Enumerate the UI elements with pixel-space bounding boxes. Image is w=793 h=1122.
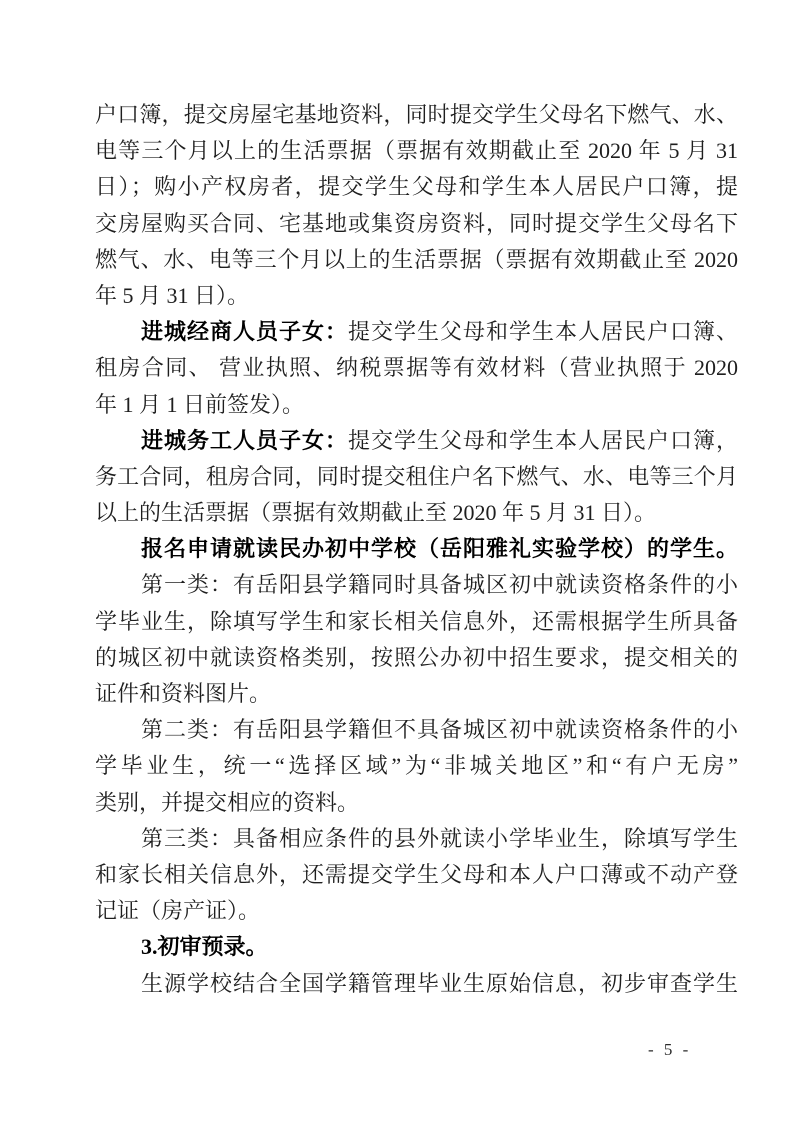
text-line: 记证（房产证）。 [95, 893, 738, 929]
body-text: 第一类：有岳阳县学籍同时具备城区初中就读资格条件的小 [141, 572, 738, 597]
text-line: 年 1 月 1 日前签发）。 [95, 387, 738, 423]
bold-text: 3.初审预录。 [141, 934, 268, 959]
text-line: 类别，并提交相应的资料。 [95, 785, 738, 821]
body-text: 年 1 月 1 日前签发）。 [95, 392, 304, 417]
text-line: 年 5 月 31 日）。 [95, 278, 738, 314]
document-page: 户口簿，提交房屋宅基地资料，同时提交学生父母名下燃气、水、电等三个月以上的生活票… [0, 0, 793, 1122]
body-text: 证件和资料图片。 [95, 681, 271, 706]
text-line: 的城区初中就读资格类别，按照公办初中招生要求，提交相关的 [95, 640, 738, 676]
text-line: 户口簿，提交房屋宅基地资料，同时提交学生父母名下燃气、水、 [95, 97, 738, 133]
body-text: 以上的生活票据（票据有效期截止至 2020 年 5 月 31 日）。 [95, 500, 656, 525]
text-line: 交房屋购买合同、宅基地或集资房资料，同时提交学生父母名下 [95, 206, 738, 242]
body-text: 提交学生父母和学生本人居民户口簿， [348, 428, 738, 453]
body-text: 日）；购小产权房者，提交学生父母和学生本人居民户口簿，提 [95, 174, 738, 199]
paragraph-p7: 第三类：具备相应条件的县外就读小学毕业生，除填写学生和家长相关信息外，还需提交学… [95, 821, 738, 930]
text-line: 以上的生活票据（票据有效期截止至 2020 年 5 月 31 日）。 [95, 495, 738, 531]
body-text: 记证（房产证）。 [95, 898, 260, 923]
page-number: - 5 - [648, 1040, 691, 1060]
body-text: 学毕业生，除填写学生和家长相关信息外，还需根据学生所具备 [95, 609, 738, 634]
bold-text: 进城经商人员子女： [141, 319, 348, 344]
text-line: 租房合同、 营业执照、纳税票据等有效材料（营业执照于 2020 [95, 350, 738, 386]
body-text: 学毕业生，统一“选择区域”为“非城关地区”和“有户无房” [95, 753, 738, 778]
body-text: 电等三个月以上的生活票据（票据有效期截止至 2020 年 5 月 31 [95, 138, 738, 163]
body-text: 和家长相关信息外，还需提交学生父母和本人户口薄或不动产登 [95, 862, 738, 887]
body-text: 交房屋购买合同、宅基地或集资房资料，同时提交学生父母名下 [95, 211, 738, 236]
body-text: 燃气、水、电等三个月以上的生活票据（票据有效期截止至 2020 [95, 247, 738, 272]
body-text: 类别，并提交相应的资料。 [95, 790, 359, 815]
paragraph-p8: 3.初审预录。 [95, 929, 738, 965]
body-text: 第二类：有岳阳县学籍但不具备城区初中就读资格条件的小 [141, 717, 738, 742]
text-line: 和家长相关信息外，还需提交学生父母和本人户口薄或不动产登 [95, 857, 738, 893]
text-line: 第三类：具备相应条件的县外就读小学毕业生，除填写学生 [95, 821, 738, 857]
body-text: 生源学校结合全国学籍管理毕业生原始信息，初步审查学生 [141, 971, 738, 996]
text-line: 日）；购小产权房者，提交学生父母和学生本人居民户口簿，提 [95, 169, 738, 205]
paragraph-p9: 生源学校结合全国学籍管理毕业生原始信息，初步审查学生 [95, 966, 738, 1002]
text-line: 进城经商人员子女：提交学生父母和学生本人居民户口簿、 [95, 314, 738, 350]
body-text: 提交学生父母和学生本人居民户口簿、 [348, 319, 738, 344]
text-line: 3.初审预录。 [95, 929, 738, 965]
text-line: 第二类：有岳阳县学籍但不具备城区初中就读资格条件的小 [95, 712, 738, 748]
text-line: 燃气、水、电等三个月以上的生活票据（票据有效期截止至 2020 [95, 242, 738, 278]
paragraph-p5: 第一类：有岳阳县学籍同时具备城区初中就读资格条件的小学毕业生，除填写学生和家长相… [95, 567, 738, 712]
text-line: 证件和资料图片。 [95, 676, 738, 712]
text-line: 务工合同，租房合同，同时提交租住户名下燃气、水、电等三个月 [95, 459, 738, 495]
paragraph-p6: 第二类：有岳阳县学籍但不具备城区初中就读资格条件的小学毕业生，统一“选择区域”为… [95, 712, 738, 821]
bold-text: 进城务工人员子女： [141, 428, 348, 453]
paragraph-p4: 报名申请就读民办初中学校（岳阳雅礼实验学校）的学生。 [95, 531, 738, 567]
body-text: 户口簿，提交房屋宅基地资料，同时提交学生父母名下燃气、水、 [95, 102, 738, 127]
paragraph-p3: 进城务工人员子女：提交学生父母和学生本人居民户口簿，务工合同，租房合同，同时提交… [95, 423, 738, 532]
body-text: 租房合同、 营业执照、纳税票据等有效材料（营业执照于 2020 [95, 355, 738, 380]
paragraph-p2: 进城经商人员子女：提交学生父母和学生本人居民户口簿、租房合同、 营业执照、纳税票… [95, 314, 738, 423]
body-text: 年 5 月 31 日）。 [95, 283, 249, 308]
text-line: 生源学校结合全国学籍管理毕业生原始信息，初步审查学生 [95, 966, 738, 1002]
body-text: 的城区初中就读资格类别，按照公办初中招生要求，提交相关的 [95, 645, 738, 670]
text-line: 报名申请就读民办初中学校（岳阳雅礼实验学校）的学生。 [95, 531, 738, 567]
text-line: 学毕业生，除填写学生和家长相关信息外，还需根据学生所具备 [95, 604, 738, 640]
text-line: 第一类：有岳阳县学籍同时具备城区初中就读资格条件的小 [95, 567, 738, 603]
bold-text: 报名申请就读民办初中学校（岳阳雅礼实验学校）的学生。 [141, 536, 738, 561]
text-line: 学毕业生，统一“选择区域”为“非城关地区”和“有户无房” [95, 748, 738, 784]
body-text: 第三类：具备相应条件的县外就读小学毕业生，除填写学生 [141, 826, 738, 851]
text-line: 电等三个月以上的生活票据（票据有效期截止至 2020 年 5 月 31 [95, 133, 738, 169]
document-body: 户口簿，提交房屋宅基地资料，同时提交学生父母名下燃气、水、电等三个月以上的生活票… [95, 97, 738, 1002]
text-line: 进城务工人员子女：提交学生父母和学生本人居民户口簿， [95, 423, 738, 459]
body-text: 务工合同，租房合同，同时提交租住户名下燃气、水、电等三个月 [95, 464, 738, 489]
paragraph-p1: 户口簿，提交房屋宅基地资料，同时提交学生父母名下燃气、水、电等三个月以上的生活票… [95, 97, 738, 314]
